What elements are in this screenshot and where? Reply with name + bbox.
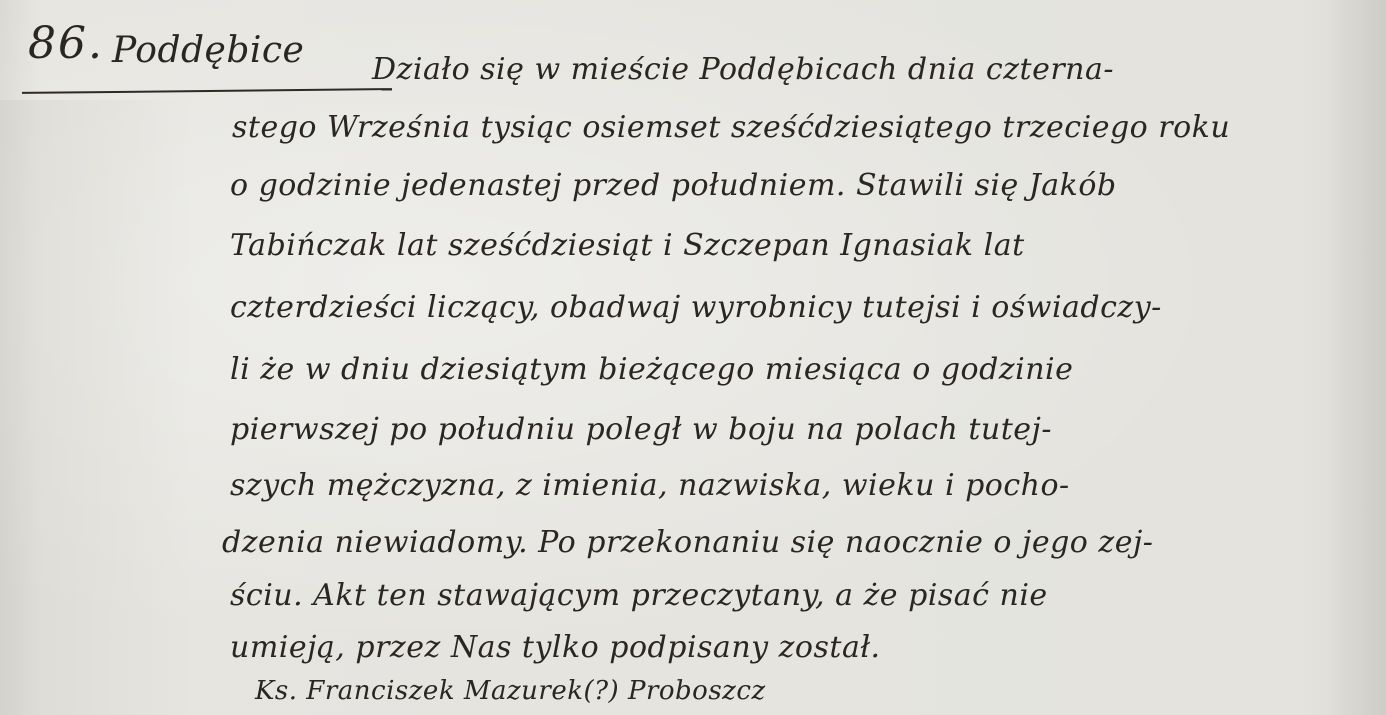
- record-line-8: szych mężczyzna, z imienia, nazwiska, wi…: [230, 468, 1070, 503]
- page-margin-shade: [0, 100, 190, 715]
- record-line-10: ściu. Akt ten stawającym przeczytany, a …: [230, 578, 1048, 613]
- document-page: 86. Poddębice Działo się w mieście Poddę…: [0, 0, 1386, 715]
- entry-number: 86.: [28, 18, 104, 69]
- page-edge-shade: [1326, 0, 1386, 715]
- record-line-9: dzenia niewiadomy. Po przekonaniu się na…: [222, 525, 1153, 560]
- record-line-6: li że w dniu dziesiątym bieżącego miesią…: [230, 352, 1073, 387]
- record-line-2: stego Września tysiąc osiemset sześćdzie…: [232, 110, 1230, 145]
- entry-place: Poddębice: [112, 30, 304, 71]
- record-line-1: Działo się w mieście Poddębicach dnia cz…: [372, 52, 1114, 87]
- record-line-3: o godzinie jedenastej przed południem. S…: [230, 168, 1117, 203]
- record-line-4: Tabińczak lat sześćdziesiąt i Szczepan I…: [230, 228, 1025, 263]
- header-underline: [22, 88, 392, 94]
- record-line-7: pierwszej po południu poległ w boju na p…: [230, 412, 1052, 447]
- record-line-5: czterdzieści liczący, obadwaj wyrobnicy …: [230, 290, 1162, 325]
- record-line-11: umieją, przez Nas tylko podpisany został…: [230, 630, 881, 665]
- priest-signature: Ks. Franciszek Mazurek(?) Proboszcz: [255, 676, 766, 706]
